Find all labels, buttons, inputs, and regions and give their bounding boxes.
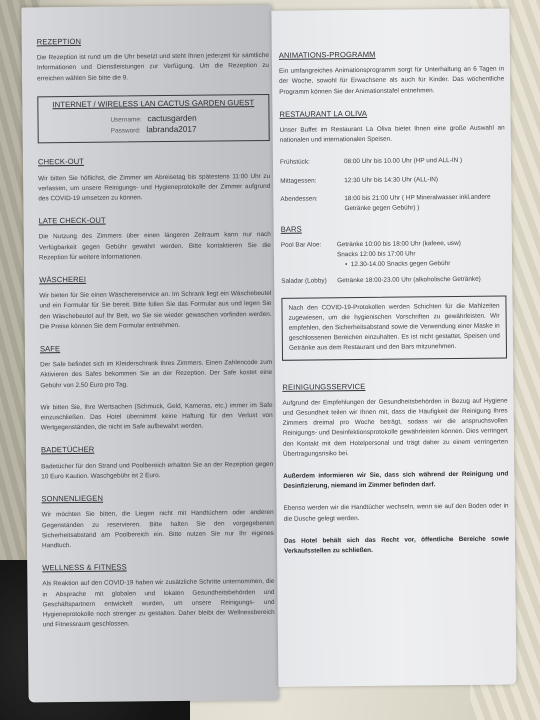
wifi-username: cactusgarden: [147, 114, 196, 124]
section-bars: BARS Pool Bar Aloe: Getränke 10:00 bis 1…: [281, 223, 507, 288]
wifi-title: INTERNET / WIRELESS LAN CACTUS GARDEN GU…: [44, 98, 262, 110]
lobby-bar-hours: Getränke 18:00-23.00 Uhr (alkoholische G…: [337, 275, 481, 287]
sunbeds-text: Wir möchten Sie bitten, die Liegen nicht…: [42, 508, 274, 551]
section-restaurant: RESTAURANT LA OLIVA Unser Buffet im Rest…: [279, 107, 505, 215]
meal-label: Frühstück:: [280, 158, 344, 169]
section-checkout: CHECK-OUT Wir bitten Sie höflichst, die …: [38, 155, 270, 204]
cleaning-text-1: Aufgrund der Empfehlungen der Gesundheit…: [282, 396, 508, 460]
right-column: ANIMATIONS-PROGRAMM Ein umfangreiches An…: [279, 48, 509, 569]
wellness-text: Als Reaktion auf den COVID-19 haben wir …: [42, 577, 275, 630]
pool-bar-hours: Getränke 10:00 bis 18:00 Uhr (kafeee, us…: [337, 239, 461, 270]
section-sunbeds: SONNENLIEGEN Wir möchten Sie bitten, die…: [41, 492, 274, 551]
animation-heading: ANIMATIONS-PROGRAMM: [279, 48, 504, 61]
covid-notice-box: Nach den COVID-19-Protokollen werden Sch…: [281, 295, 507, 360]
pool-bar-drinks: Getränke 10:00 bis 18:00 Uhr (kafeee, us…: [337, 239, 461, 250]
meal-time: 18:00 bis 21:00 Uhr ( HP Mineralwasser i…: [344, 192, 505, 214]
meal-lunch: Mittagessen: 12:30 Uhr bis 14:30 Uhr (AL…: [280, 174, 505, 187]
lobby-bar-label: Saladar (Lobby): [281, 277, 337, 288]
section-laundry: WÄSCHEREI Wir bieten für Sie einen Wäsch…: [39, 273, 272, 332]
lobby-bar: Saladar (Lobby) Getränke 18:00-23.00 Uhr…: [281, 275, 506, 288]
hotel-info-leaflet: REZEPTION Die Rezeption ist rund um die …: [16, 2, 513, 707]
restaurant-heading: RESTAURANT LA OLIVA: [279, 107, 504, 120]
towels-text: Badetücher für den Strand und Poolbereic…: [41, 460, 273, 483]
meal-label: Abendessen:: [280, 194, 344, 215]
safe-text-2: Wir bitten Sie, Ihre Wertsachen (Schmuck…: [40, 401, 272, 434]
section-cleaning: REINIGUNGSSERVICE Aufgrund der Empfehlun…: [282, 380, 509, 557]
meal-time: 12:30 Uhr bis 14:30 Uhr (ALL-IN): [344, 175, 438, 186]
cleaning-text-2: Außerdem informieren wir Sie, dass sich …: [283, 470, 508, 493]
cleaning-heading: REINIGUNGSSERVICE: [282, 380, 507, 393]
laundry-text: Wir bieten für Sie einen Wäschereiservic…: [39, 289, 271, 332]
meal-breakfast: Frühstück: 08:00 Uhr bis 10.00 Uhr (HP u…: [280, 156, 505, 169]
wifi-password-label: Password:: [111, 128, 141, 135]
late-checkout-heading: LATE CHECK-OUT: [39, 214, 271, 227]
meal-dinner: Abendessen: 18:00 bis 21:00 Uhr ( HP Min…: [280, 192, 505, 215]
section-towels: BADETÜCHER Badetücher für den Strand und…: [41, 443, 273, 482]
wifi-credentials-box: INTERNET / WIRELESS LAN CACTUS GARDEN GU…: [37, 94, 269, 144]
reception-heading: REZEPTION: [37, 35, 269, 48]
cleaning-text-3: Ebenso werden wir die Handtücher wechsel…: [284, 502, 509, 525]
wifi-username-label: Username:: [110, 116, 141, 123]
checkout-heading: CHECK-OUT: [38, 155, 270, 168]
wifi-password: labranda2017: [146, 125, 196, 135]
towels-heading: BADETÜCHER: [41, 443, 273, 456]
checkout-text: Wir bitten Sie höflichst, die Zimmer am …: [38, 172, 270, 205]
covid-notice-text: Nach den COVID-19-Protokollen werden Sch…: [288, 302, 499, 352]
wellness-heading: WELLNESS & FITNESS: [42, 561, 274, 574]
section-animation: ANIMATIONS-PROGRAMM Ein umfangreiches An…: [279, 48, 504, 97]
reception-text: Die Rezeption ist rund um die Uhr besetz…: [37, 51, 269, 84]
laundry-heading: WÄSCHEREI: [39, 273, 271, 286]
safe-text-1: Der Safe befindet sich im Kleiderschrank…: [40, 358, 272, 391]
sunbeds-heading: SONNENLIEGEN: [41, 492, 273, 505]
safe-heading: SAFE: [40, 342, 272, 355]
meal-time: 08:00 Uhr bis 10.00 Uhr (HP und ALL-IN ): [344, 156, 462, 167]
section-safe: SAFE Der Safe befindet sich im Kleidersc…: [40, 342, 273, 434]
section-wellness: WELLNESS & FITNESS Als Reaktion auf den …: [42, 561, 275, 631]
late-checkout-text: Die Nutzung des Zimmers über einen länge…: [39, 230, 271, 263]
meal-label: Mittagessen:: [280, 176, 344, 187]
pool-bar: Pool Bar Aloe: Getränke 10:00 bis 18:00 …: [281, 239, 506, 271]
wifi-password-row: Password: labranda2017: [45, 124, 263, 137]
bars-heading: BARS: [281, 223, 506, 236]
restaurant-text: Unser Buffet im Restaurant La Oliva biet…: [280, 123, 505, 146]
pool-bar-bullet: • 12.30-14.00 Snacks gegen Gebühr: [337, 259, 461, 270]
animation-text: Ein umfangreiches Animationsprogramm sor…: [279, 65, 504, 98]
left-column: REZEPTION Die Rezeption ist rund um die …: [37, 35, 275, 643]
pool-bar-label: Pool Bar Aloe:: [281, 241, 337, 272]
section-late-checkout: LATE CHECK-OUT Die Nutzung des Zimmers ü…: [39, 214, 271, 263]
cleaning-text-4: Das Hotel behält sich das Recht vor, öff…: [284, 534, 509, 557]
section-reception: REZEPTION Die Rezeption ist rund um die …: [37, 35, 269, 84]
